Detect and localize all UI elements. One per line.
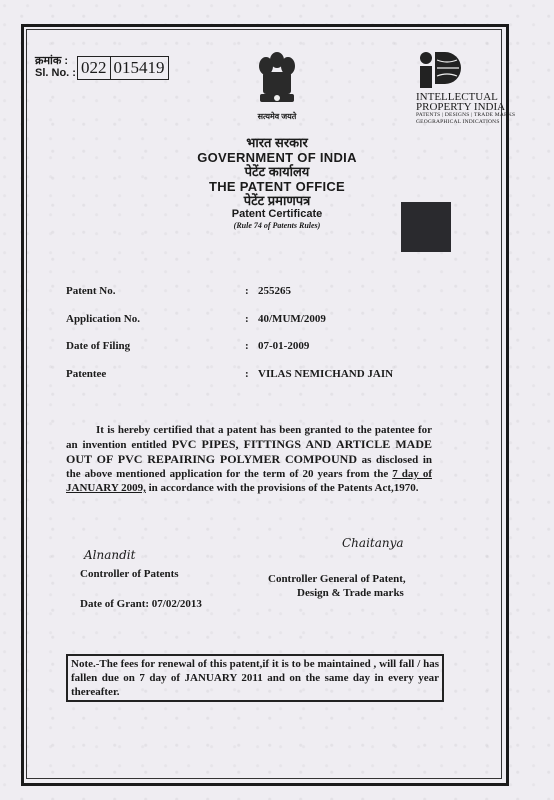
- serial-number-label: क्रमांक : Sl. No. :: [35, 55, 76, 79]
- ip-india-text: INTELLECTUAL PROPERTY INDIA PATENTS | DE…: [416, 92, 515, 126]
- emblem-caption: सत्यमेव जयते: [252, 111, 302, 122]
- serial-label-hindi: क्रमांक :: [35, 55, 76, 67]
- ip-line-2: PROPERTY INDIA: [416, 102, 515, 112]
- heading-hindi-office: पेटेंट कार्यालय: [150, 165, 404, 179]
- serial-number-box: 022 015419: [77, 56, 169, 80]
- heading-rule: (Rule 74 of Patents Rules): [150, 221, 404, 231]
- patent-no-label: Patent No.: [66, 285, 116, 297]
- controller-general-role-1: Controller General of Patent,: [268, 573, 406, 585]
- renewal-note: Note.-The fees for renewal of this paten…: [66, 654, 444, 702]
- ip-line-3: PATENTS | DESIGNS | TRADE MARKS: [416, 112, 515, 119]
- controller-signature: Alnandit: [84, 548, 135, 562]
- ip-india-logo-icon: [417, 50, 463, 90]
- heading-govt-of-india: GOVERNMENT OF INDIA: [150, 150, 404, 165]
- colon: :: [245, 340, 249, 352]
- heading-patent-certificate: Patent Certificate: [150, 208, 404, 221]
- patent-no-value: 255265: [258, 285, 291, 297]
- body-part-3: in accordance with the provisions of the…: [146, 482, 419, 494]
- national-emblem-icon: [255, 50, 299, 110]
- date-of-grant: Date of Grant: 07/02/2013: [80, 598, 202, 610]
- controller-role: Controller of Patents: [80, 568, 179, 580]
- serial-label-english: Sl. No. :: [35, 67, 76, 79]
- qr-code: [401, 202, 451, 252]
- application-no-label: Application No.: [66, 313, 140, 325]
- colon: :: [245, 285, 249, 297]
- certificate-heading: भारत सरकार GOVERNMENT OF INDIA पेटेंट का…: [150, 135, 404, 231]
- heading-patent-office: THE PATENT OFFICE: [150, 179, 404, 194]
- certification-paragraph: It is hereby certified that a patent has…: [66, 423, 432, 495]
- controller-general-role-2: Design & Trade marks: [297, 587, 404, 599]
- colon: :: [245, 368, 249, 380]
- ip-line-4: GEOGRAPHICAL INDICATIONS: [416, 119, 515, 126]
- heading-hindi-certificate: पेटेंट प्रमाणपत्र: [150, 194, 404, 208]
- date-of-filing-value: 07-01-2009: [258, 340, 309, 352]
- patentee-label: Patentee: [66, 368, 106, 380]
- date-of-filing-label: Date of Filing: [66, 340, 130, 352]
- application-no-value: 40/MUM/2009: [258, 313, 326, 325]
- serial-prefix: 022: [78, 57, 111, 79]
- colon: :: [245, 313, 249, 325]
- heading-hindi-govt: भारत सरकार: [150, 135, 404, 150]
- serial-number: 015419: [111, 57, 168, 79]
- controller-general-signature: Chaitanya: [342, 536, 404, 550]
- patentee-value: VILAS NEMICHAND JAIN: [258, 368, 393, 380]
